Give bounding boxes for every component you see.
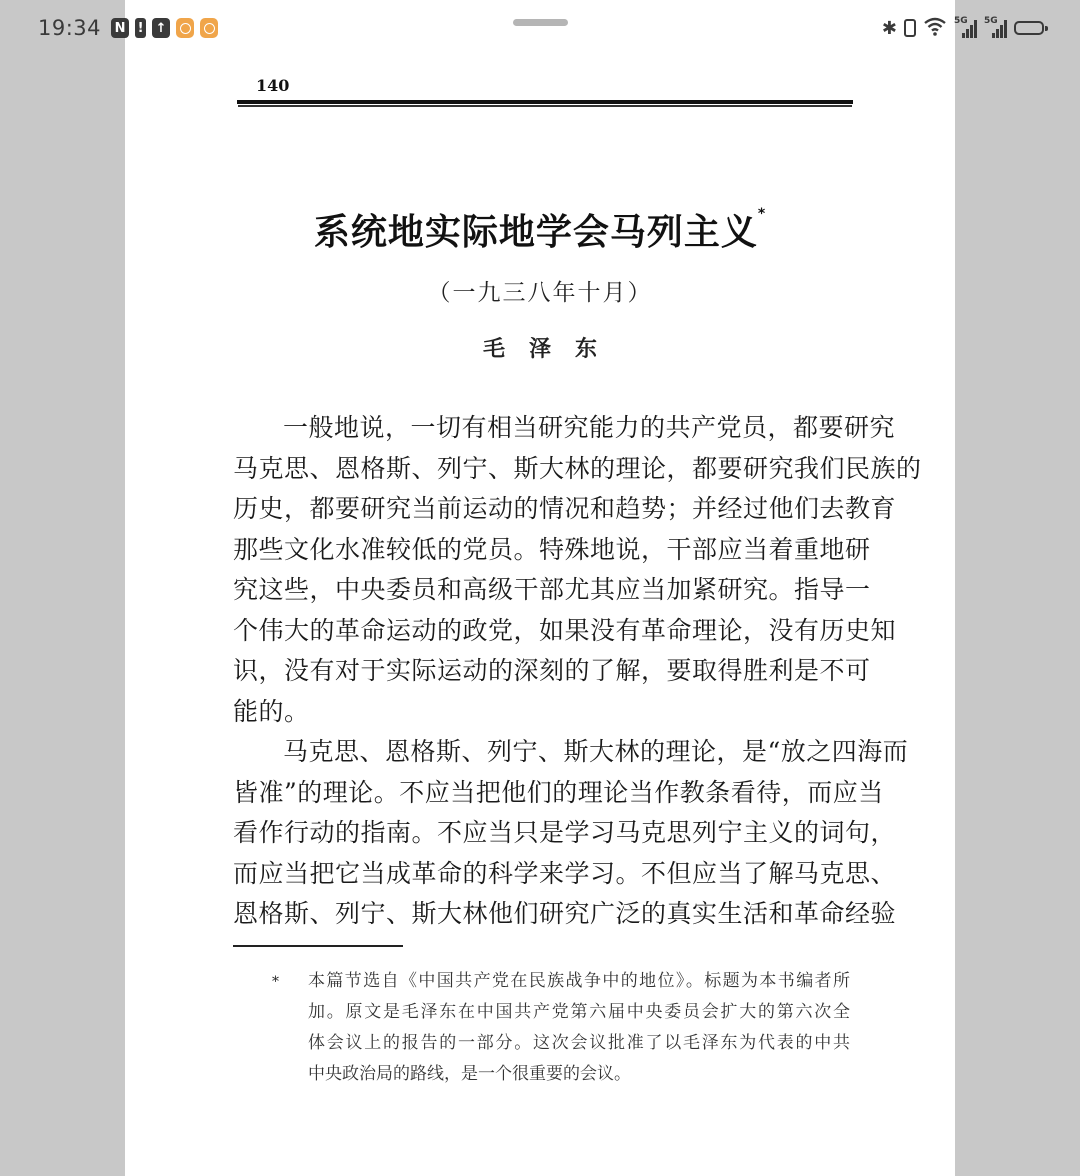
body-line: 能的。 (233, 692, 853, 733)
alert-icon: ! (135, 18, 146, 38)
upload-icon: ↑ (152, 18, 170, 38)
bluetooth-icon: ✱ (882, 18, 897, 39)
footnote-line: 加。原文是毛泽东在中国共产党第六届中央委员会扩大的第六次全 (308, 997, 850, 1028)
body-line: 一般地说，一切有相当研究能力的共产党员，都要研究 (233, 408, 853, 449)
footnote-marker: * (272, 974, 279, 990)
body-line: 看作行动的指南。不应当只是学习马克思列宁主义的词句， (233, 813, 853, 854)
footnote-divider (233, 945, 403, 947)
status-bar-left: 19:34 N ! ↑ (38, 12, 218, 44)
battery-icon (1014, 21, 1044, 35)
drag-handle[interactable] (513, 19, 568, 26)
body-line: 马克思、恩格斯、列宁、斯大林的理论，是“放之四海而 (233, 732, 853, 773)
body-line: 个伟大的革命运动的政党，如果没有革命理论，没有历史知 (233, 611, 853, 652)
clock: 19:34 (38, 16, 101, 40)
nfc-icon: N (111, 18, 129, 38)
signal-5g-icon: 5G (954, 18, 977, 38)
body-line: 那些文化水准较低的党员。特殊地说，干部应当着重地研 (233, 530, 853, 571)
body-line: 恩格斯、列宁、斯大林他们研究广泛的真实生活和革命经验 (233, 894, 853, 935)
title-text: 系统地实际地学会马列主义 (314, 212, 758, 253)
header-rule (237, 100, 853, 104)
footnote: 本篇节选自《中国共产党在民族战争中的地位》。标题为本书编者所 加。原文是毛泽东在… (308, 966, 850, 1090)
body-line: 识，没有对于实际运动的深刻的了解，要取得胜利是不可 (233, 651, 853, 692)
app-notification-icon (176, 18, 194, 38)
body-line: 历史，都要研究当前运动的情况和趋势；并经过他们去教育 (233, 489, 853, 530)
title-footnote-marker[interactable]: * (758, 206, 766, 222)
footnote-line: 本篇节选自《中国共产党在民族战争中的地位》。标题为本书编者所 (308, 966, 850, 997)
page-number: 140 (256, 76, 289, 95)
body-line: 而应当把它当成革命的科学来学习。不但应当了解马克思、 (233, 854, 853, 895)
footnote-line: 体会议上的报告的一部分。这次会议批准了以毛泽东为代表的中共 (308, 1028, 850, 1059)
page-title: 系统地实际地学会马列主义* (0, 204, 1080, 255)
wifi-icon (923, 16, 947, 40)
body-line: 皆准”的理论。不应当把他们的理论当作教条看待，而应当 (233, 773, 853, 814)
status-bar-right: ✱ 5G 5G (882, 12, 1044, 44)
app-notification-icon (200, 18, 218, 38)
date-line: （一九三八年十月） (0, 274, 1080, 307)
vibrate-icon (904, 19, 916, 37)
footnote-line: 中央政治局的路线，是一个很重要的会议。 (308, 1059, 850, 1090)
body-text: 一般地说，一切有相当研究能力的共产党员，都要研究 马克思、恩格斯、列宁、斯大林的… (233, 408, 853, 935)
body-line: 究这些，中央委员和高级干部尤其应当加紧研究。指导一 (233, 570, 853, 611)
body-line: 马克思、恩格斯、列宁、斯大林的理论，都要研究我们民族的 (233, 449, 853, 490)
author: 毛泽东 (0, 332, 1080, 363)
signal-5g-icon: 5G (984, 18, 1007, 38)
